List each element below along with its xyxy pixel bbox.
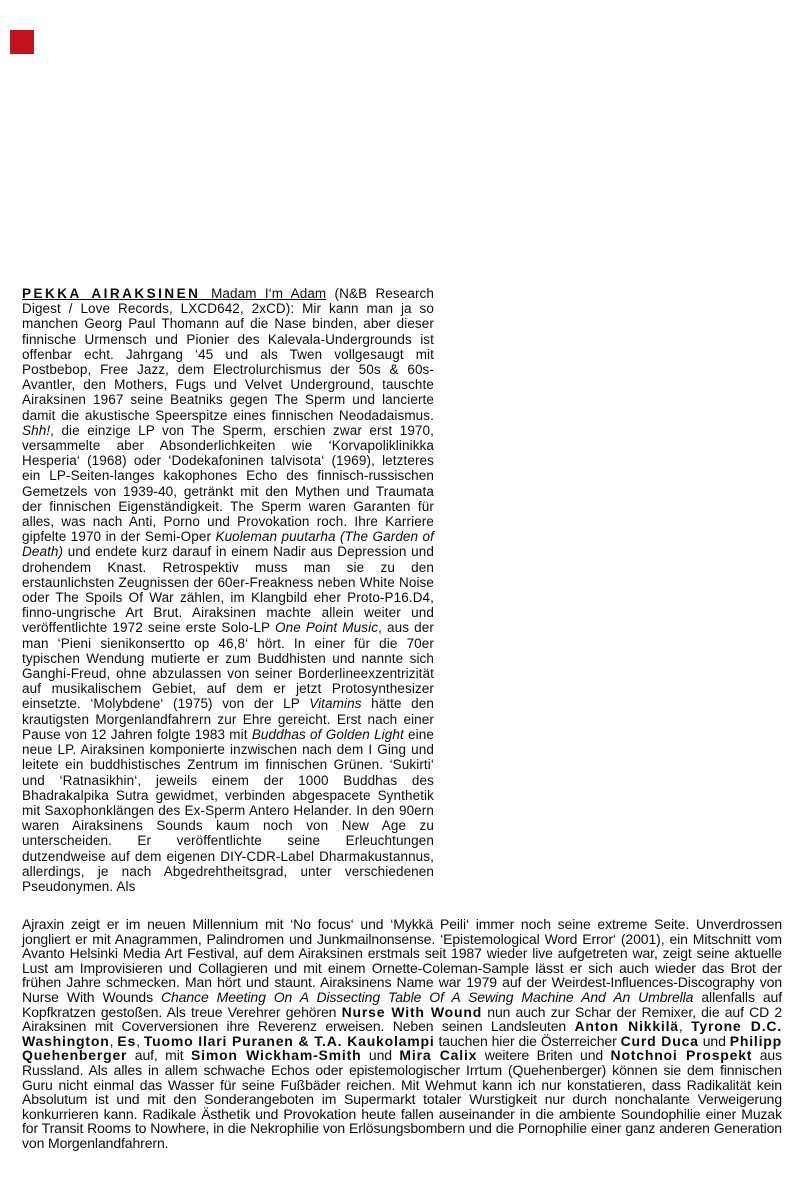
band-name: Simon Wickham-Smith — [191, 1047, 361, 1063]
text-segment: (N&B Research Digest / Love Records, LXC… — [22, 286, 434, 423]
band-name: Nurse With Wound — [342, 1004, 482, 1020]
record-title: Buddhas of Golden Light — [252, 727, 404, 742]
text-segment: eine neue LP. Airaksinen komponierte inz… — [22, 727, 434, 894]
band-name: Es — [117, 1033, 136, 1049]
text-segment: auf, mit — [127, 1047, 191, 1063]
record-title: Chance Meeting On A Dissecting Table Of … — [161, 989, 693, 1005]
text-segment: weitere Briten und — [477, 1047, 610, 1063]
record-title: Shh! — [22, 423, 50, 438]
magazine-page: PEKKA AIRAKSINEN Madam I‘m Adam (N&B Res… — [0, 0, 800, 1200]
text-segment: aus Russland. Als alles in allem schwach… — [22, 1047, 782, 1151]
text-segment: und — [699, 1033, 730, 1049]
band-name: Notchnoi Prospekt — [611, 1047, 753, 1063]
band-name: Tuomo Ilari Puranen & T.A. Kaukolampi — [144, 1033, 435, 1049]
review-article-text: PEKKA AIRAKSINEN Madam I‘m Adam (N&B Res… — [22, 286, 434, 894]
red-square-marker — [10, 30, 34, 54]
record-title: One Point Music — [275, 620, 378, 635]
band-name: Anton Nikkilä — [574, 1018, 678, 1034]
addendum-text: Ajraxin zeigt er im neuen Millennium mit… — [22, 917, 782, 1151]
text-segment: und — [361, 1047, 399, 1063]
text-segment: , — [136, 1033, 144, 1049]
text-segment: , die einzige LP von The Sperm, erschien… — [22, 423, 434, 544]
text-segment: tauchen hier die Österreicher — [435, 1033, 621, 1049]
band-name: Curd Duca — [621, 1033, 699, 1049]
album-title: Madam I‘m Adam — [211, 286, 326, 301]
band-name: Mira Calix — [399, 1047, 477, 1063]
record-title: Vitamins — [309, 696, 361, 711]
text-segment: , — [679, 1018, 691, 1034]
artist-name: PEKKA AIRAKSINEN — [22, 286, 211, 301]
